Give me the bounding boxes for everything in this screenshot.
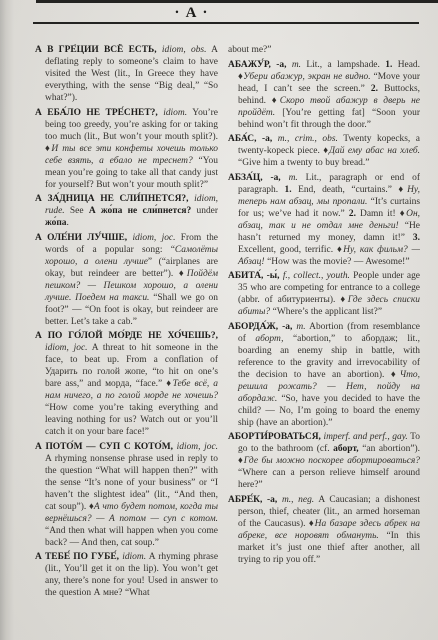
- headword: А ПО ГО́ЛОЙ МО́РДЕ НЕ ХО́ЧЕШЬ?,: [35, 331, 218, 341]
- bold-run: 2.: [349, 209, 356, 219]
- dictionary-entry: АБИТА́, -ы́, f., collect., youth. People…: [228, 270, 420, 318]
- text-run: Damn it! ♦: [356, 209, 406, 219]
- italic-run: Где бы можно поскорее абортироваться?: [244, 456, 420, 466]
- bold-run: 2.: [371, 84, 378, 94]
- headword: А ТЕБЕ́ ПО ГУБЕ́,: [35, 552, 122, 562]
- italic-run: f., collect., youth.: [283, 271, 350, 281]
- italic-run: idiom, joc.: [45, 343, 88, 353]
- bold-run: А жо́па не сли́пнется?: [89, 206, 191, 216]
- text-run: “How was the movie? — Awesome!”: [265, 257, 410, 267]
- dictionary-entry: А ПОТО́М — СУП С КОТО́М, idiom, joc. A r…: [35, 441, 218, 549]
- headword: АБИТА́, -ы́,: [228, 271, 283, 281]
- column-right: about me?”АБАЖУ́Р, -а, m. Lit., a lampsh…: [228, 44, 420, 640]
- text-columns: А В ГРЕ́ЦИИ ВСЁ ЕСТЬ, idiom, obs. A defl…: [35, 44, 420, 640]
- dictionary-entry: А ОЛЕ́НИ ЛУ́ЧШЕ, idiom, joc. From the wo…: [35, 232, 218, 328]
- headword: АБОРДА́Ж, -а,: [228, 322, 296, 332]
- bold-run: жо́па: [45, 218, 66, 228]
- headword: АБА́С, -а,: [228, 134, 278, 144]
- italic-run: idiom.: [122, 552, 146, 562]
- italic-run: m.: [292, 60, 301, 70]
- text-run: under: [191, 206, 218, 216]
- header-rule: [33, 22, 419, 24]
- dictionary-entry: А ТЕБЕ́ ПО ГУБЕ́, idiom. A rhyming phras…: [35, 551, 218, 599]
- column-left: А В ГРЕ́ЦИИ ВСЁ ЕСТЬ, idiom, obs. A defl…: [35, 44, 218, 640]
- bold-run: аборт,: [333, 444, 358, 454]
- italic-run: idiom, joc.: [177, 442, 218, 452]
- text-run: “How come you’re taking everything and l…: [45, 403, 218, 437]
- headword: А ЗА́ДНИЦА НЕ СЛИ́ПНЕТСЯ?,: [35, 194, 194, 204]
- italic-run: idiom.: [163, 108, 187, 118]
- text-run: “And then what will happen when you come…: [45, 526, 218, 548]
- headword: АБОРТИ́РОВАТЬСЯ,: [228, 432, 323, 442]
- header-dot-left: •: [175, 7, 178, 17]
- italic-run: m., neg.: [282, 495, 314, 505]
- headword: А ЕБА́ЛО НЕ ТРЕ́СНЕТ?,: [35, 108, 163, 118]
- section-letter-header: •А•: [0, 2, 382, 22]
- italic-run: imperf. and perf., gay.: [323, 432, 407, 442]
- dictionary-entry: АБОРТИ́РОВАТЬСЯ, imperf. and perf., gay.…: [228, 431, 420, 491]
- text-run: Excellent, good, terrific. ♦: [238, 245, 343, 255]
- text-run: about me?”: [228, 45, 271, 55]
- text-run: Lit., a lampshade.: [301, 60, 385, 70]
- italic-run: И ты все эти конфеты хочешь только себе …: [45, 144, 218, 166]
- dictionary-entry: about me?”: [228, 44, 420, 56]
- text-run: See: [65, 206, 89, 216]
- italic-run: Убери абажур, экран не видно.: [243, 72, 370, 82]
- dictionary-entry: А ПО ГО́ЛОЙ МО́РДЕ НЕ ХО́ЧЕШЬ?, idiom, j…: [35, 330, 218, 438]
- italic-run: m.: [296, 322, 305, 332]
- italic-run: idiom, obs.: [162, 45, 207, 55]
- dictionary-entry: А В ГРЕ́ЦИИ ВСЁ ЕСТЬ, idiom, obs. A defl…: [35, 44, 218, 104]
- headword: АБАЖУ́Р, -а,: [228, 60, 292, 70]
- dictionary-entry: АБОРДА́Ж, -а, m. Abortion (from resembla…: [228, 321, 420, 429]
- dictionary-entry: А ЕБА́ЛО НЕ ТРЕ́СНЕТ?, idiom. You’re bei…: [35, 107, 218, 191]
- italic-run: idiom, joc.: [132, 233, 175, 243]
- headword: А В ГРЕ́ЦИИ ВСЁ ЕСТЬ,: [35, 45, 162, 55]
- italic-run: m., crim., obs.: [278, 134, 338, 144]
- dictionary-entry: АБА́С, -а, m., crim., obs. Twenty kopeck…: [228, 133, 420, 169]
- section-letter: А: [186, 5, 197, 21]
- dictionary-entry: А ЗА́ДНИЦА НЕ СЛИ́ПНЕТСЯ?, idiom, rude. …: [35, 193, 218, 229]
- dictionary-page: •А• А В ГРЕ́ЦИИ ВСЁ ЕСТЬ, idiom, obs. A …: [0, 0, 438, 640]
- bold-run: 3.: [413, 233, 420, 243]
- text-run: .: [66, 218, 68, 228]
- headword: А ОЛЕ́НИ ЛУ́ЧШЕ,: [35, 233, 132, 243]
- header-dot-right: •: [203, 7, 206, 17]
- dictionary-entry: АБАЖУ́Р, -а, m. Lit., a lampshade. 1. He…: [228, 59, 420, 131]
- headword: АБЗА́Ц, -а,: [228, 173, 289, 183]
- text-run: “Give him a twenty to buy bread.”: [238, 158, 369, 168]
- headword: А ПОТО́М — СУП С КОТО́М,: [35, 442, 177, 452]
- italic-run: Дай ему абас на хлеб.: [329, 146, 420, 156]
- dictionary-entry: АБЗА́Ц, -а, m. Lit., paragraph or end of…: [228, 172, 420, 268]
- italic-run: аборт,: [255, 334, 283, 344]
- text-run: End, death, “curtains.” ♦: [292, 185, 407, 195]
- text-run: “Where can a person relieve himself arou…: [238, 468, 420, 490]
- text-run: “Where’s the applicant list?”: [270, 307, 382, 317]
- italic-run: m.: [289, 173, 298, 183]
- headword: АБРЕ́К, -а,: [228, 495, 282, 505]
- bold-run: 1.: [285, 185, 292, 195]
- dictionary-entry: АБРЕ́К, -а, m., neg. A Caucasian; a dish…: [228, 494, 420, 566]
